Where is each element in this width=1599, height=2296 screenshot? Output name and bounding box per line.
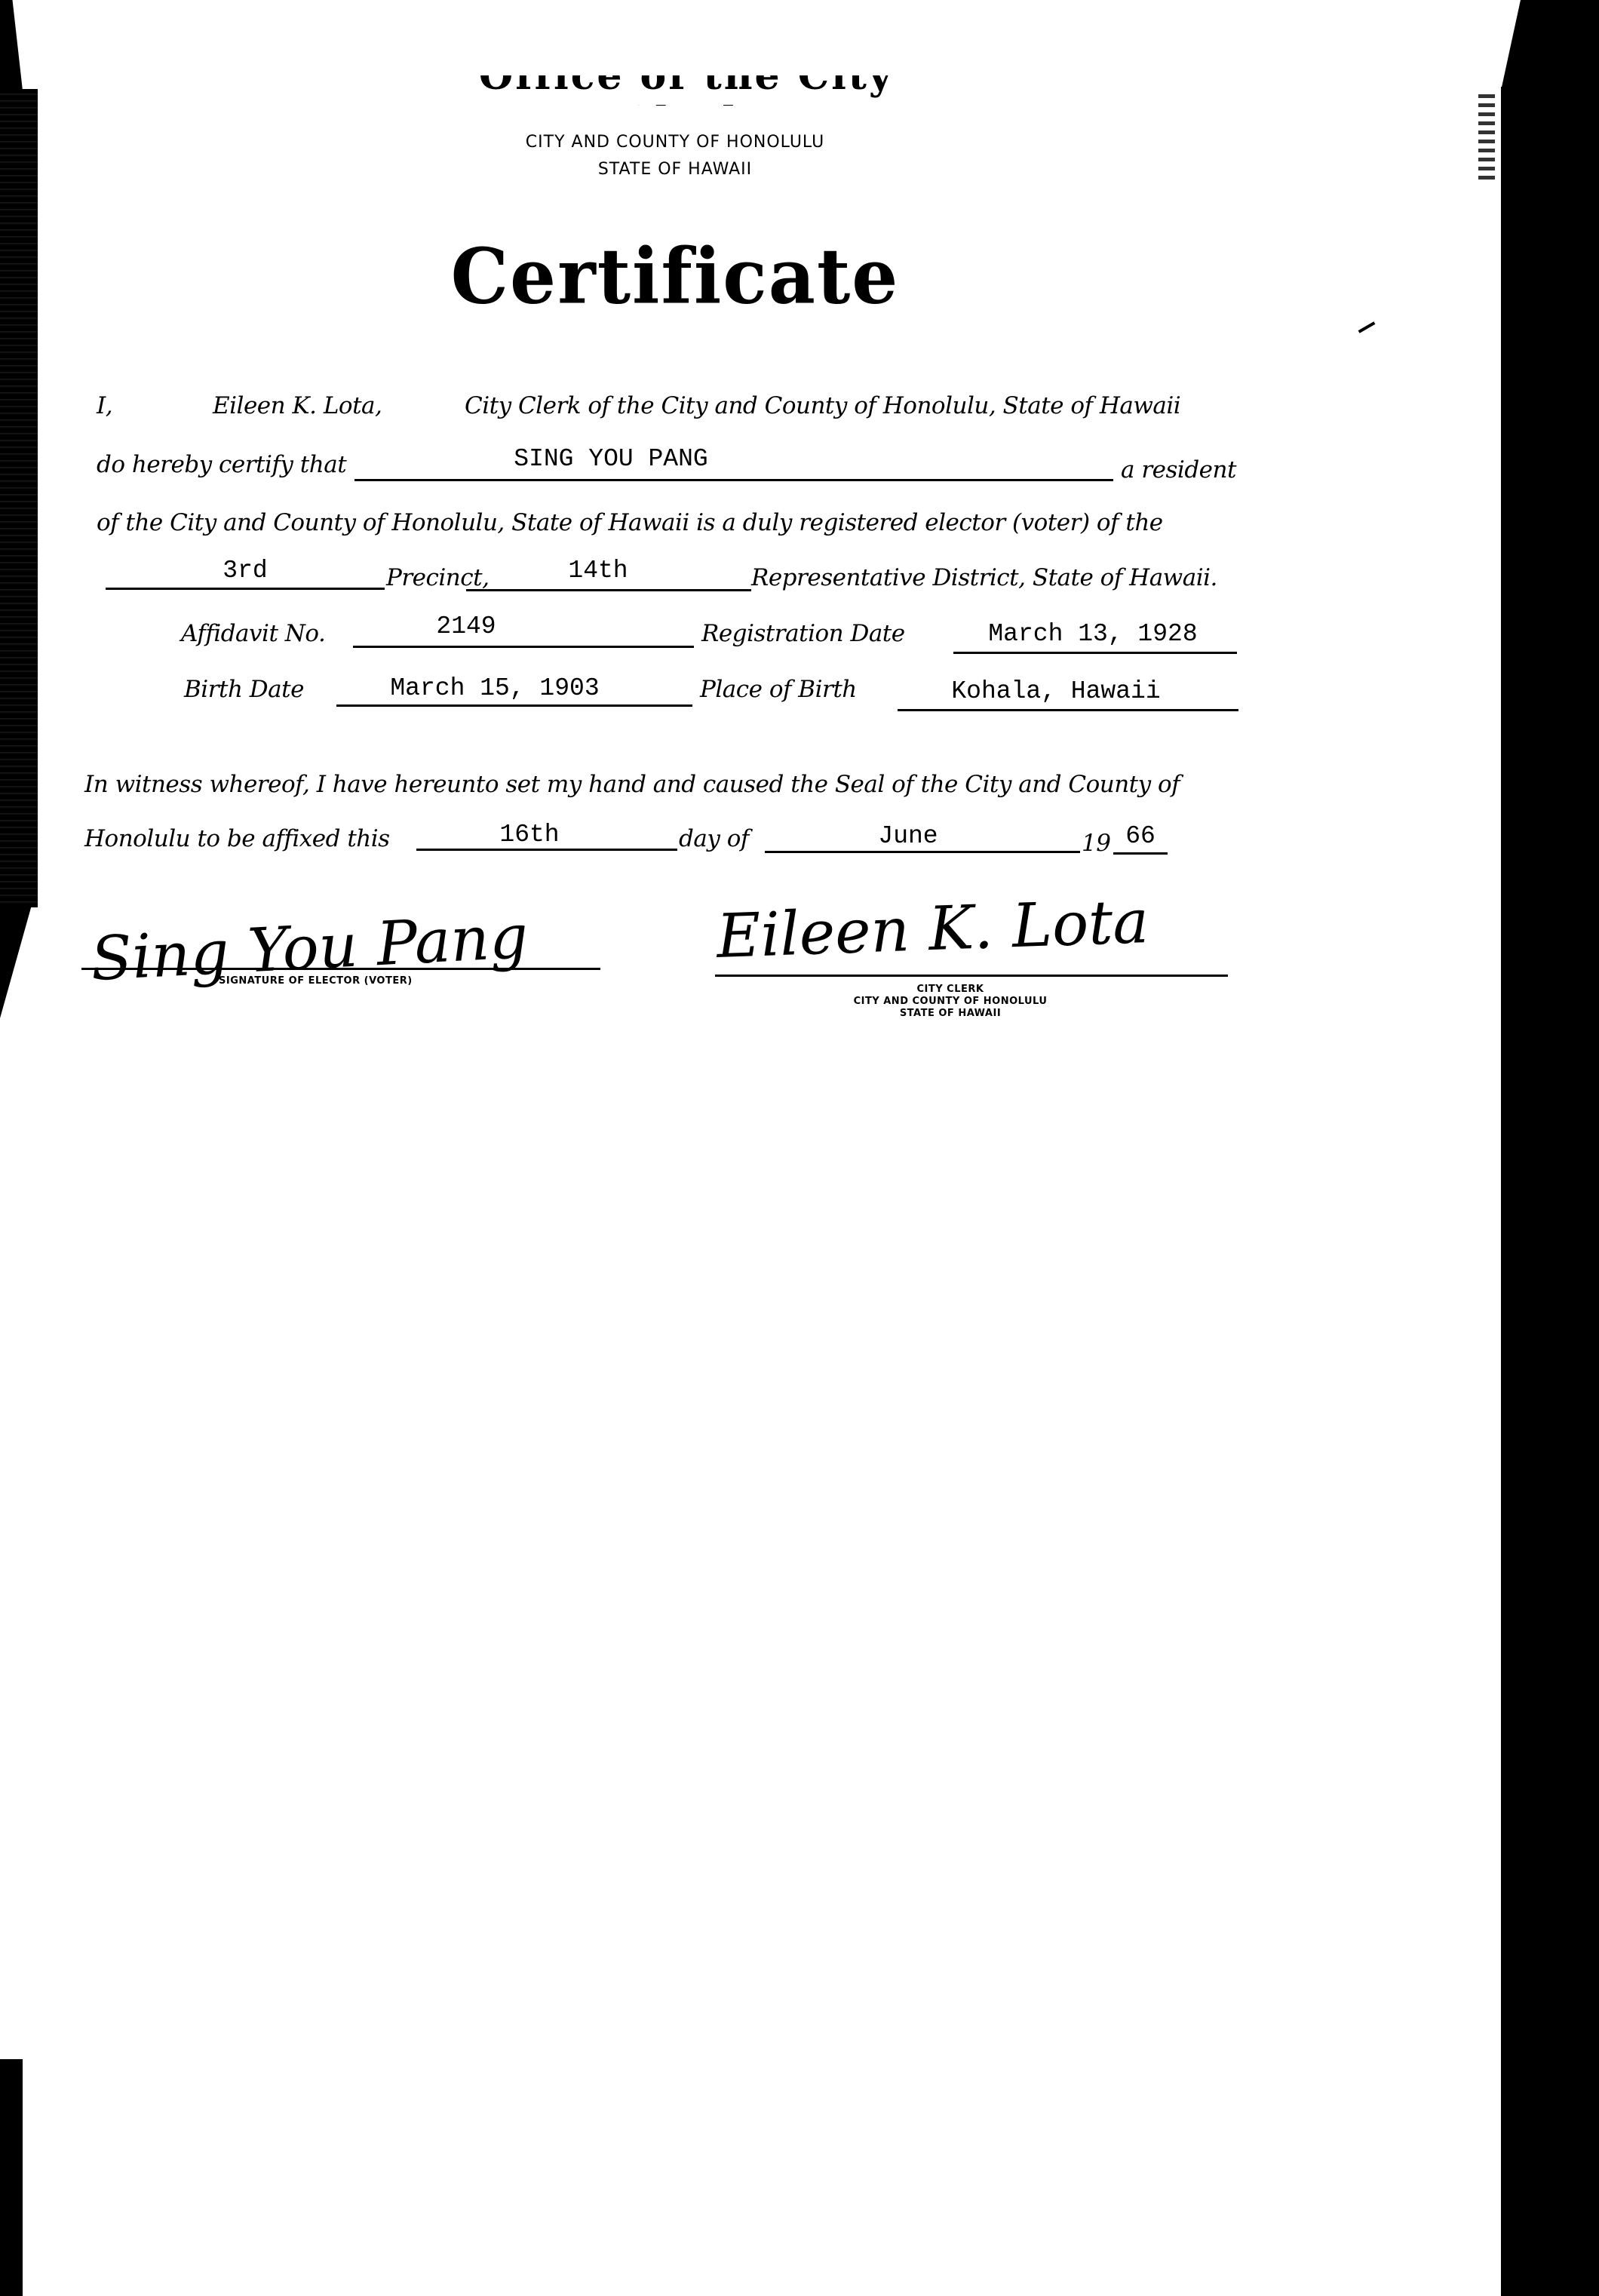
year-line — [1113, 852, 1168, 855]
birth-date-line — [336, 704, 692, 707]
pronoun-i: I, — [97, 392, 112, 419]
birth-date-field: March 15, 1903 — [336, 674, 653, 702]
precinct-field: 3rd — [106, 557, 385, 585]
affixed-label: Honolulu to be affixed this — [84, 825, 390, 852]
office-heading: Office of the City Clerk — [407, 75, 965, 106]
year-field: 66 — [1113, 822, 1168, 850]
elector-statement: of the City and County of Honolulu, Stat… — [97, 509, 1163, 536]
day-field: 16th — [416, 821, 643, 849]
scan-edge-left — [0, 89, 38, 907]
registration-date-field: March 13, 1928 — [953, 620, 1232, 648]
clerk-caption-state: STATE OF HAWAII — [754, 1008, 1146, 1019]
registration-date-label: Registration Date — [701, 620, 905, 647]
elector-name-field: SING YOU PANG — [354, 445, 867, 473]
affidavit-line — [353, 646, 694, 648]
birth-date-label: Birth Date — [184, 676, 304, 703]
district-field: 14th — [466, 557, 730, 585]
affidavit-label: Affidavit No. — [181, 620, 325, 647]
clerk-caption-city: CITY AND COUNTY OF HONOLULU — [754, 996, 1146, 1007]
header-state: STATE OF HAWAII — [0, 160, 1350, 179]
month-line — [765, 851, 1080, 853]
precinct-line — [106, 588, 385, 590]
place-of-birth-field: Kohala, Hawaii — [898, 677, 1214, 705]
clerk-signature-line — [715, 975, 1228, 977]
month-field: June — [765, 822, 1051, 850]
clerk-title-text: City Clerk of the City and County of Hon… — [465, 392, 1180, 419]
district-label: Representative District, State of Hawaii… — [751, 564, 1217, 591]
day-line — [416, 849, 677, 851]
clerk-name-text: Eileen K. Lota, — [213, 392, 382, 419]
century-label: 19 — [1082, 830, 1110, 857]
elector-name-line — [354, 479, 1113, 481]
clerk-caption-title: CITY CLERK — [754, 984, 1146, 995]
elector-signature-line — [81, 968, 600, 970]
clerk-signature: Eileen K. Lota — [716, 886, 1150, 972]
scan-edge-left-bottom — [0, 2059, 23, 2296]
scan-noise-right — [1478, 94, 1495, 185]
day-of-label: day of — [679, 825, 749, 852]
place-of-birth-label: Place of Birth — [700, 676, 857, 703]
witness-statement: In witness whereof, I have hereunto set … — [84, 771, 1180, 798]
header-city-county: CITY AND COUNTY OF HONOLULU — [0, 133, 1350, 152]
elector-signature-caption: SIGNATURE OF ELECTOR (VOTER) — [219, 975, 413, 987]
scan-edge-left-taper — [0, 905, 32, 1018]
certificate-title: Certificate — [0, 232, 1350, 321]
scan-edge-right — [1501, 87, 1599, 2296]
office-heading-cropped: Office of the City Clerk — [407, 75, 965, 106]
registration-date-line — [953, 652, 1237, 654]
stray-mark — [1358, 321, 1376, 333]
resident-label: a resident — [1121, 456, 1236, 483]
scan-edge-left-top — [0, 0, 23, 91]
affidavit-field: 2149 — [353, 612, 579, 640]
certify-label: do hereby certify that — [97, 451, 346, 478]
scan-edge-right-top — [1501, 0, 1599, 91]
district-line — [466, 589, 751, 591]
place-of-birth-line — [898, 709, 1238, 711]
